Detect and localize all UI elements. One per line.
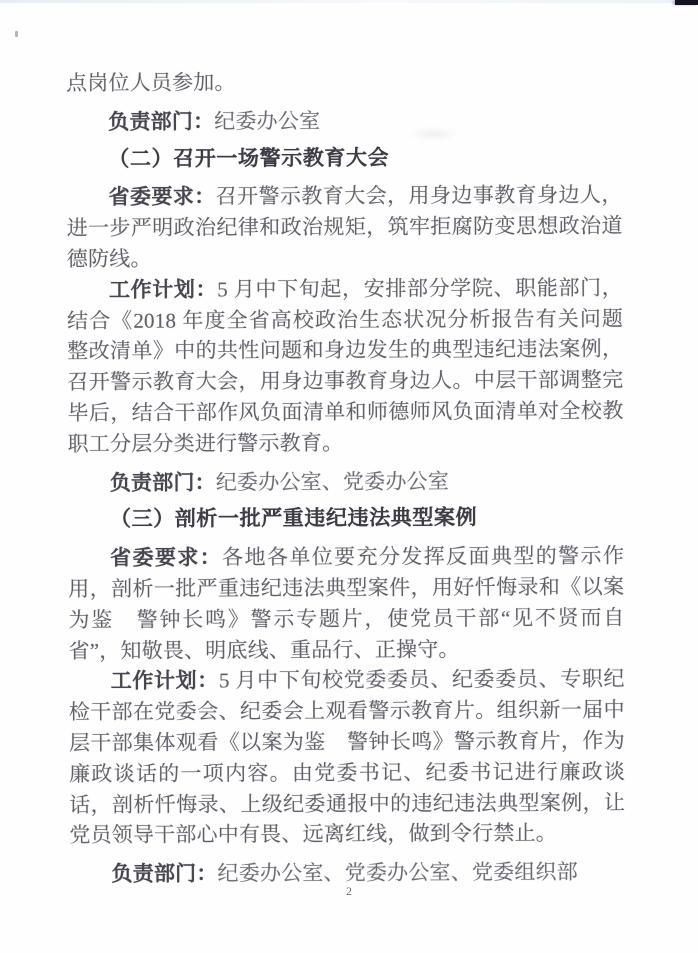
responsible-dept-line: 负责部门：纪委办公室、党委办公室 <box>68 465 624 498</box>
scan-corner-artifact <box>675 0 698 5</box>
paragraph-text: 5 月中下旬校党委委员、纪委委员、专职纪检干部在党委会、纪委会上观看警示教育片。… <box>69 667 626 847</box>
section-heading-2: （二）召开一场警示教育大会 <box>66 142 622 175</box>
paragraph-text: 点岗位人员参加。 <box>66 70 236 95</box>
scanned-document-page: 点岗位人员参加。 负责部门：纪委办公室 （二）召开一场警示教育大会 省委要求：召… <box>0 0 698 953</box>
page-number: 2 <box>0 884 698 899</box>
responsible-dept-line: 负责部门：纪委办公室 <box>66 104 622 137</box>
scan-speck <box>15 31 18 37</box>
dept-label: 负责部门： <box>108 109 214 133</box>
requirement-label: 省委要求： <box>110 545 222 569</box>
section-heading-text: （三）剖析一批严重违纪违法典型案例 <box>110 507 477 532</box>
requirement-label: 省委要求： <box>109 185 216 209</box>
dept-label: 负责部门： <box>110 470 216 494</box>
paragraph-continuation: 点岗位人员参加。 <box>66 66 622 99</box>
scan-edge-tint <box>0 0 698 3</box>
plan-label: 工作计划： <box>109 277 217 301</box>
requirement-paragraph: 省委要求：召开警示教育大会，用身边事教育身边人，进一步严明政治纪律和政治规矩，筑… <box>66 180 622 275</box>
document-body: 点岗位人员参加。 负责部门：纪委办公室 （二）召开一场警示教育大会 省委要求：召… <box>66 66 626 894</box>
dept-value: 纪委办公室、党委办公室 <box>216 469 449 494</box>
paragraph-text: 5 月中下旬起，安排部分学院、职能部门，结合《2018 年度全省高校政治生态状况… <box>67 275 624 455</box>
plan-paragraph: 工作计划：5 月中下旬起，安排部分学院、职能部门，结合《2018 年度全省高校政… <box>67 272 624 459</box>
section-heading-3: （三）剖析一批严重违纪违法典型案例 <box>68 503 624 536</box>
dept-value: 纪委办公室、党委办公室、党委组织部 <box>217 860 578 886</box>
requirement-paragraph: 省委要求：各地各单位要充分发挥反面典型的警示作用，剖析一批严重违纪违法典型案件，… <box>68 541 625 667</box>
plan-paragraph: 工作计划：5 月中下旬校党委委员、纪委委员、专职纪检干部在党委会、纪委会上观看警… <box>69 664 626 851</box>
plan-label: 工作计划： <box>111 669 219 693</box>
dept-label: 负责部门： <box>111 861 217 885</box>
dept-value: 纪委办公室 <box>214 109 320 133</box>
section-heading-text: （二）召开一场警示教育大会 <box>108 146 389 170</box>
